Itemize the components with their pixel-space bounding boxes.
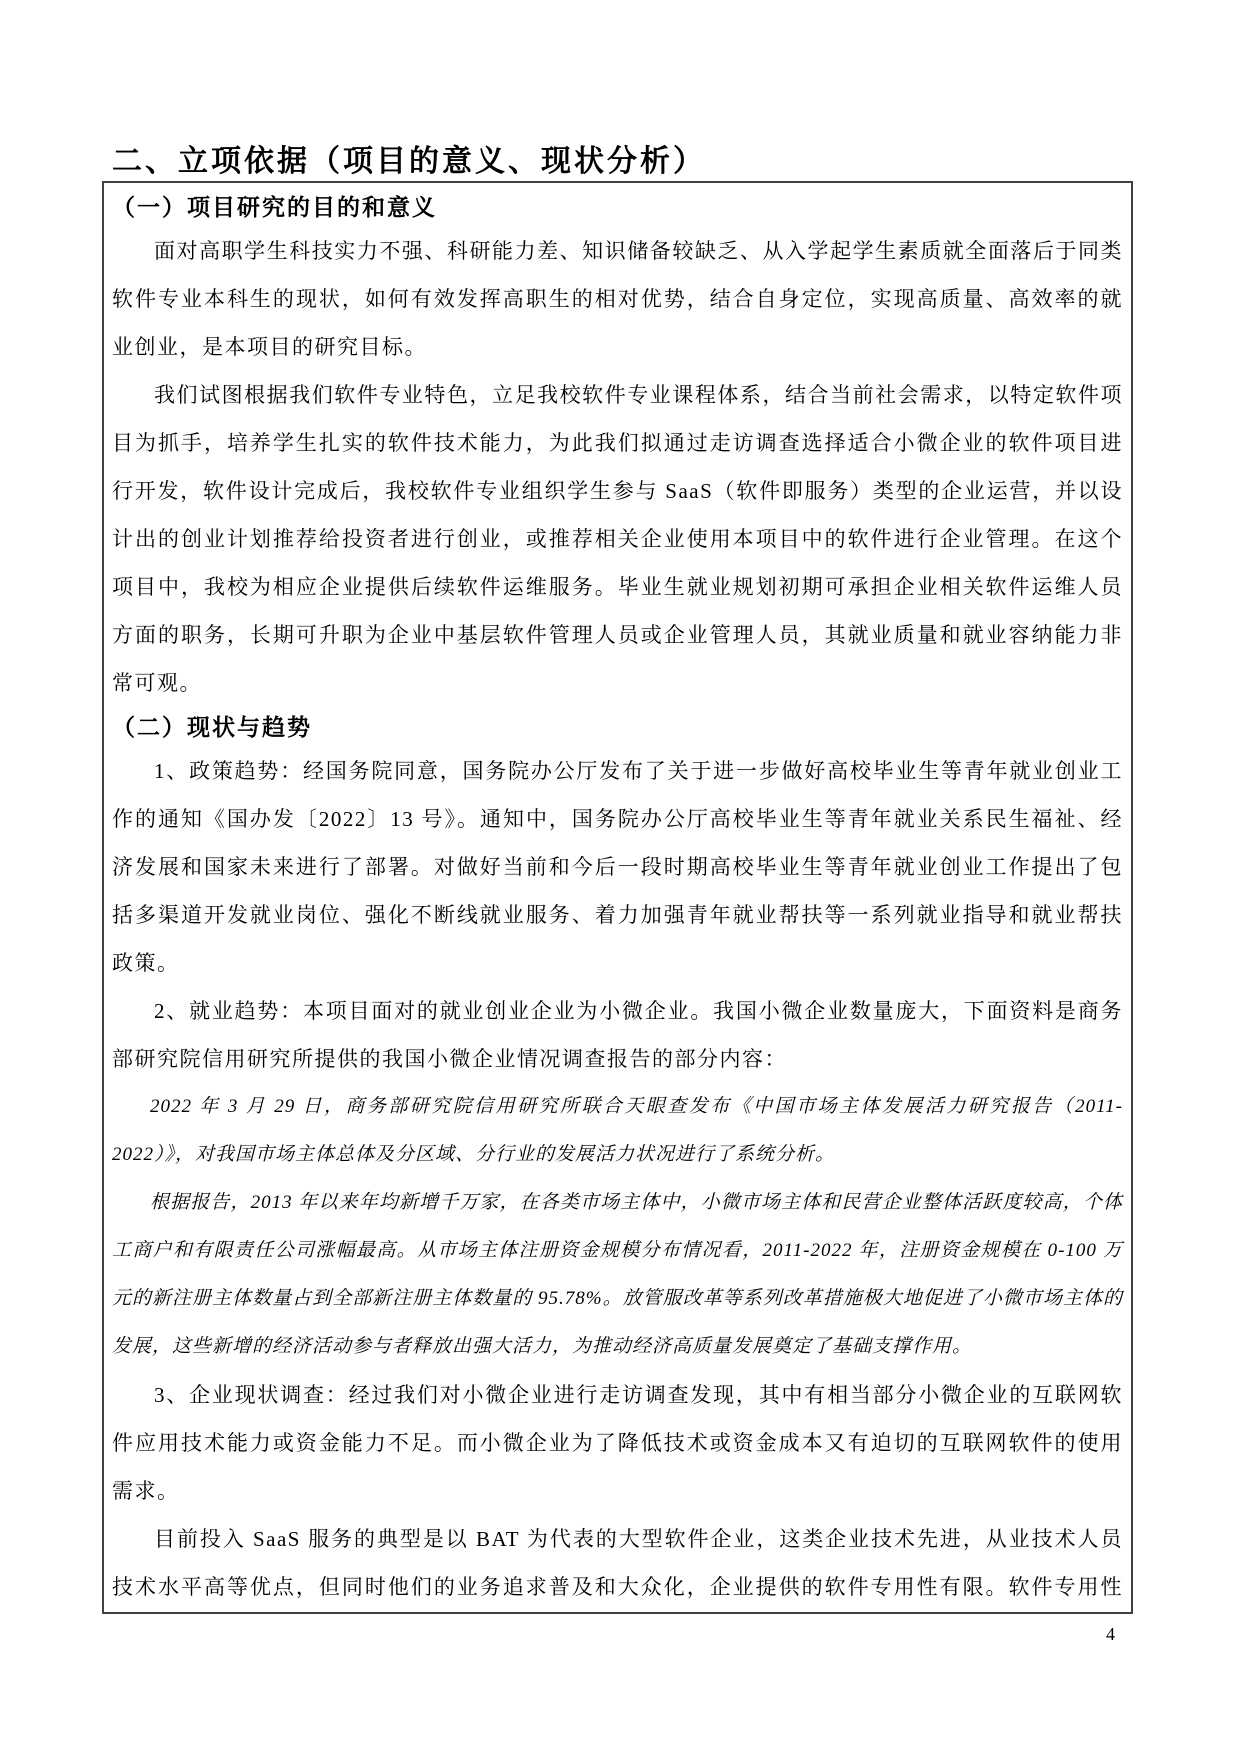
section2-quote-report-release: 2022 年 3 月 29 日，商务部研究院信用研究所联合天眼查发布《中国市场主… (112, 1083, 1123, 1179)
section2-paragraph-enterprise-survey: 3、企业现状调查：经过我们对小微企业进行走访调查发现，其中有相当部分小微企业的互… (112, 1371, 1123, 1515)
page-number: 4 (1106, 1624, 1115, 1645)
section2-heading: （二）现状与趋势 (112, 707, 1123, 747)
section2-paragraph-saas-market: 目前投入 SaaS 服务的典型是以 BAT 为代表的大型软件企业，这类企业技术先… (112, 1515, 1123, 1614)
section1-heading: （一）项目研究的目的和意义 (112, 187, 1123, 227)
content-box: （一）项目研究的目的和意义 面对高职学生科技实力不强、科研能力差、知识储备较缺乏… (102, 181, 1133, 1614)
section1-paragraph-2: 我们试图根据我们软件专业特色，立足我校软件专业课程体系，结合当前社会需求，以特定… (112, 371, 1123, 707)
page-title: 二、立项依据（项目的意义、现状分析） (112, 136, 706, 180)
section2-quote-report-findings: 根据报告，2013 年以来年均新增千万家，在各类市场主体中，小微市场主体和民营企… (112, 1179, 1123, 1371)
section2-paragraph-policy-trend: 1、政策趋势：经国务院同意，国务院办公厅发布了关于进一步做好高校毕业生等青年就业… (112, 747, 1123, 987)
section1-paragraph-1: 面对高职学生科技实力不强、科研能力差、知识储备较缺乏、从入学起学生素质就全面落后… (112, 227, 1123, 371)
document-page: 二、立项依据（项目的意义、现状分析） （一）项目研究的目的和意义 面对高职学生科… (0, 0, 1240, 1753)
section2-paragraph-employment-trend: 2、就业趋势：本项目面对的就业创业企业为小微企业。我国小微企业数量庞大，下面资料… (112, 987, 1123, 1083)
